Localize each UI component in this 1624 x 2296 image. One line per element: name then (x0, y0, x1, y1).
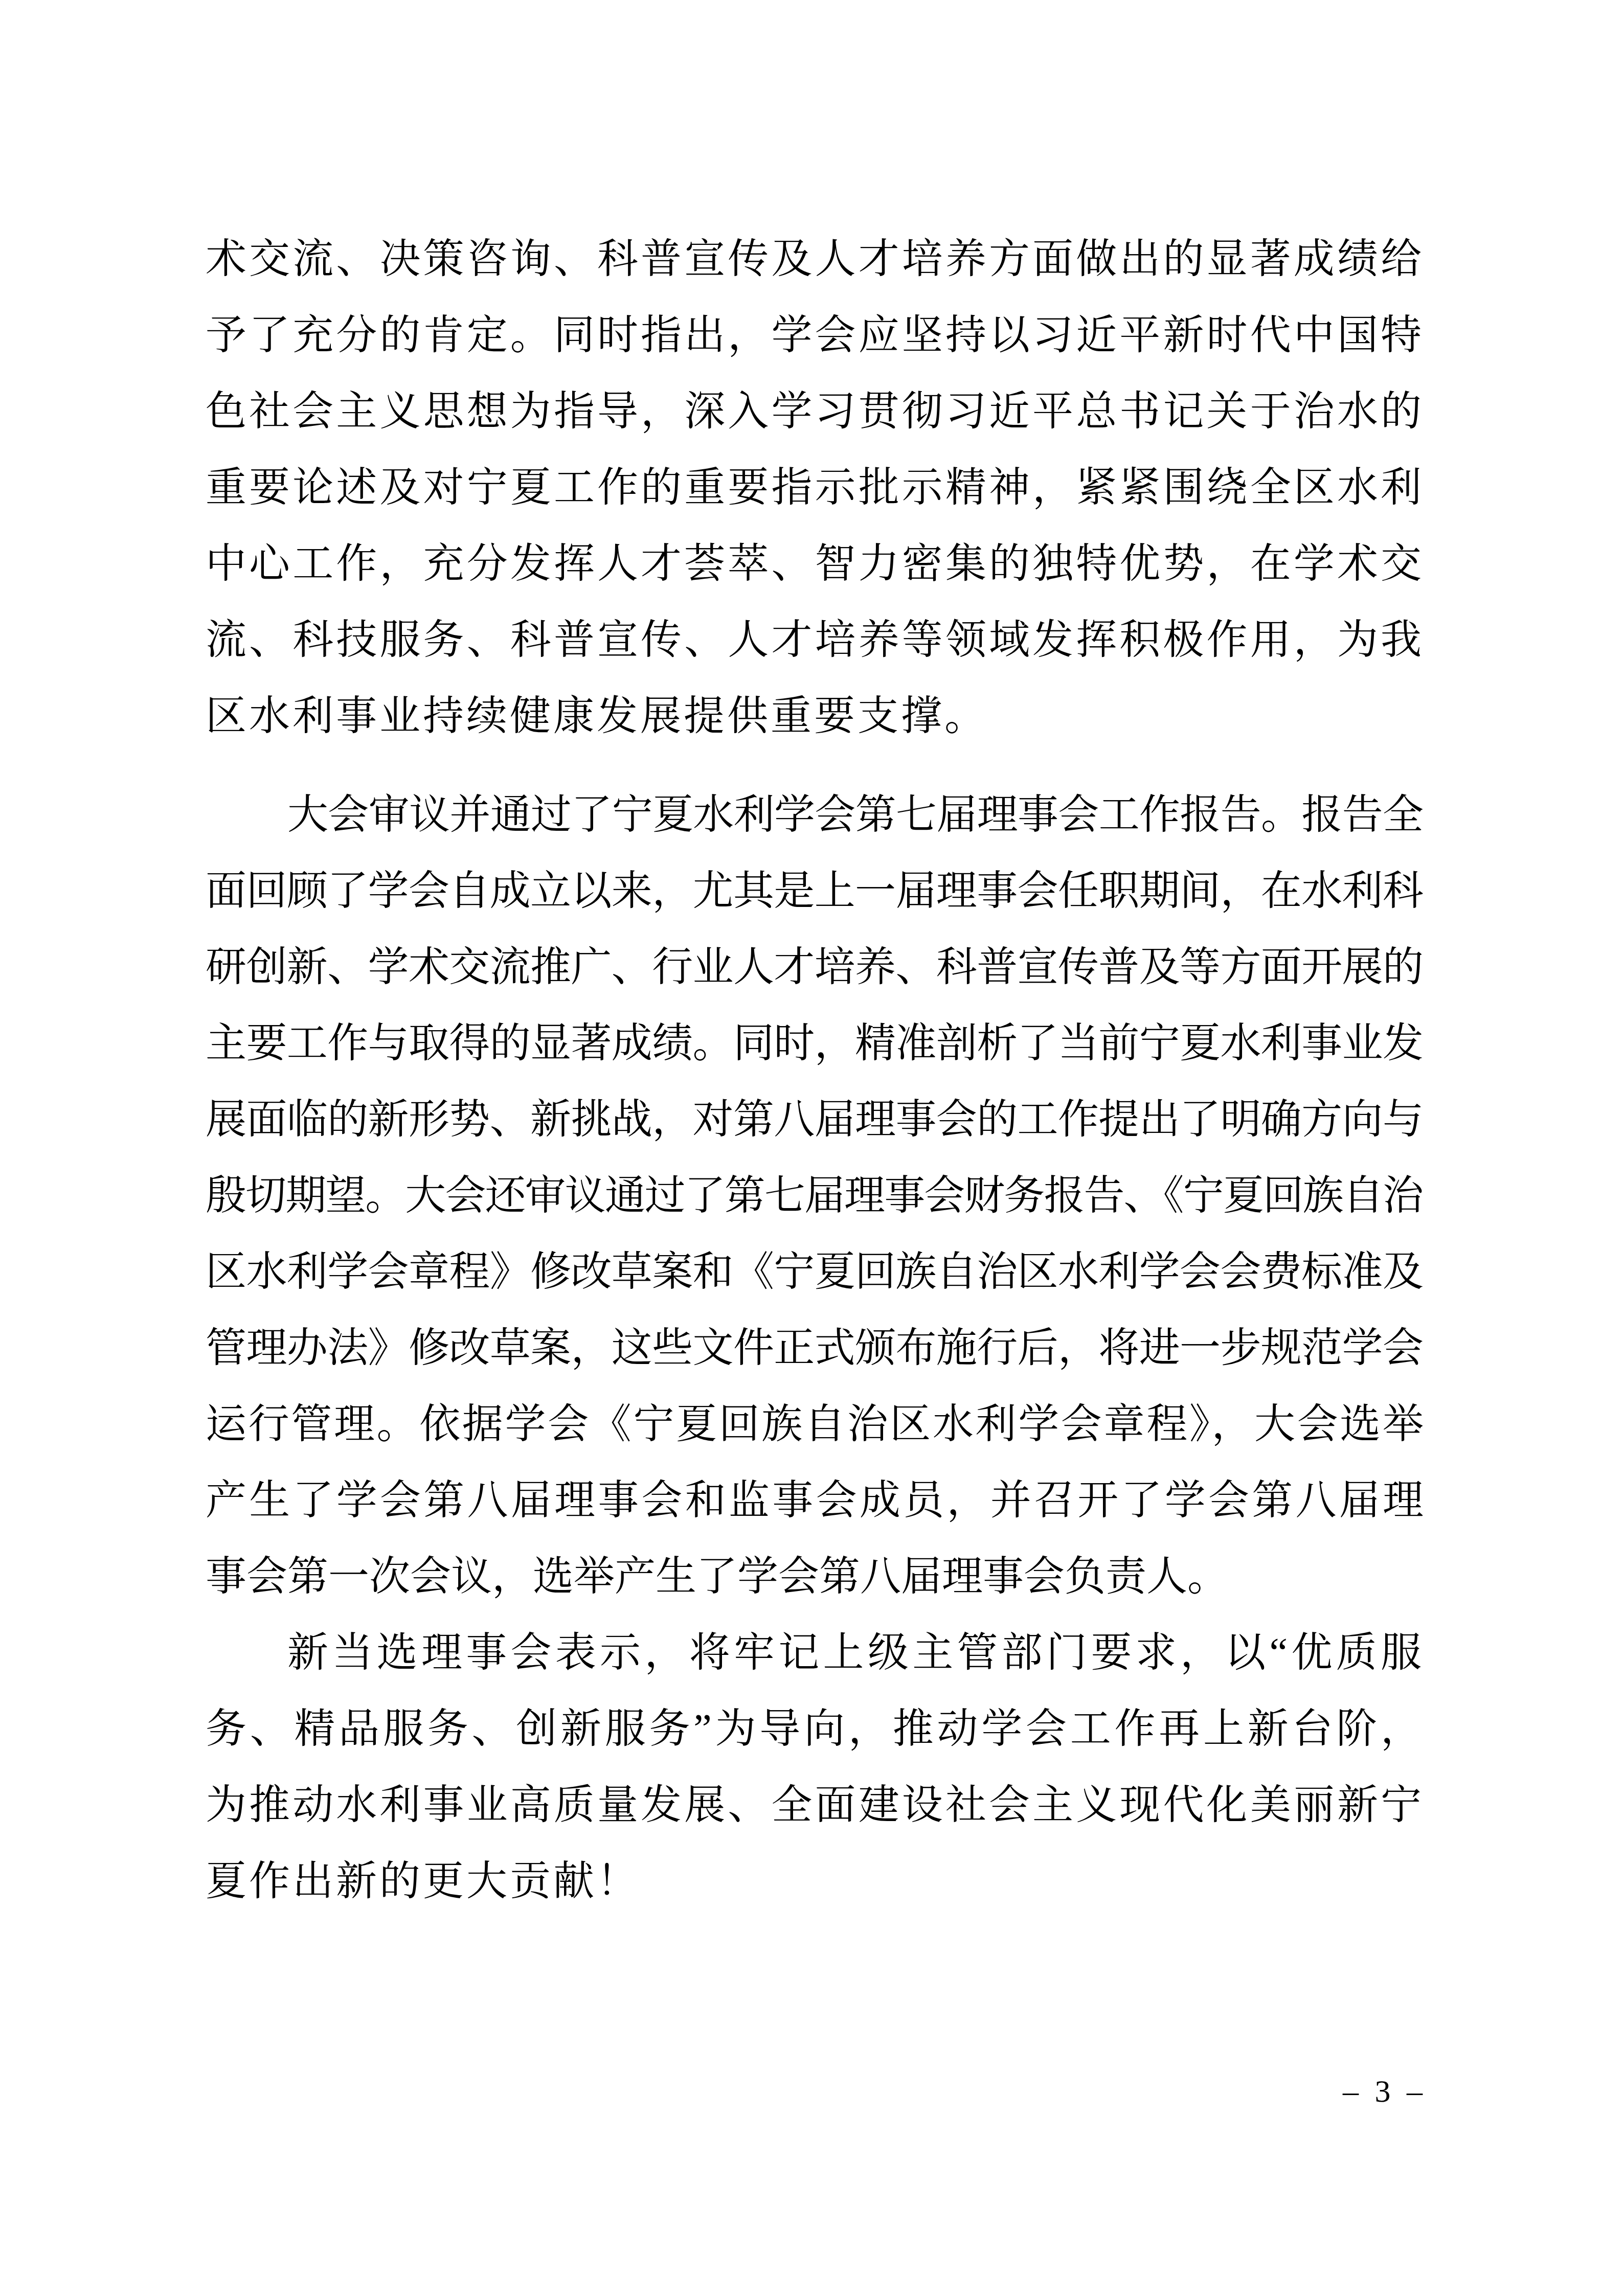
text-line: 区水利事业持续健康发展提供重要支撑。 (206, 678, 1422, 755)
text-line: 予了充分的肯定。同时指出，学会应坚持以习近平新时代中国特 (206, 298, 1422, 374)
text-line: 研创新、学术交流推广、行业人才培养、科普宣传普及等方面开展的 (206, 929, 1422, 1006)
text-line: 重要论述及对宁夏工作的重要指示批示精神，紧紧围绕全区水利 (206, 450, 1422, 526)
document-body: 术交流、决策咨询、科普宣传及人才培养方面做出的显著成绩给予了充分的肯定。同时指出… (206, 221, 1422, 1920)
text-line: 术交流、决策咨询、科普宣传及人才培养方面做出的显著成绩给 (206, 221, 1422, 298)
paragraph-2: 大会审议并通过了宁夏水利学会第七届理事会工作报告。报告全面回顾了学会自成立以来，… (206, 777, 1422, 1615)
text-line: 展面临的新形势、新挑战，对第八届理事会的工作提出了明确方向与 (206, 1082, 1422, 1158)
text-line: 产生了学会第八届理事会和监事会成员，并召开了学会第八届理 (206, 1463, 1422, 1539)
text-line: 务、精品服务、创新服务”为导向，推动学会工作再上新台阶， (206, 1691, 1422, 1767)
text-line: 殷切期望。大会还审议通过了第七届理事会财务报告、《宁夏回族自治 (206, 1158, 1422, 1234)
text-line: 事会第一次会议，选举产生了学会第八届理事会负责人。 (206, 1539, 1422, 1615)
page-number: – 3 – (1343, 2074, 1427, 2110)
text-line: 主要工作与取得的显著成绩。同时，精准剖析了当前宁夏水利事业发 (206, 1006, 1422, 1082)
text-line: 大会审议并通过了宁夏水利学会第七届理事会工作报告。报告全 (206, 777, 1422, 853)
text-line: 区水利学会章程》修改草案和《宁夏回族自治区水利学会会费标准及 (206, 1234, 1422, 1310)
text-line: 色社会主义思想为指导，深入学习贯彻习近平总书记关于治水的 (206, 374, 1422, 450)
text-line: 新当选理事会表示，将牢记上级主管部门要求，以“优质服 (206, 1615, 1422, 1691)
text-line: 管理办法》修改草案，这些文件正式颁布施行后，将进一步规范学会 (206, 1310, 1422, 1386)
paragraph-1: 术交流、决策咨询、科普宣传及人才培养方面做出的显著成绩给予了充分的肯定。同时指出… (206, 221, 1422, 755)
text-line: 夏作出新的更大贡献！ (206, 1844, 1422, 1920)
text-line: 中心工作，充分发挥人才荟萃、智力密集的独特优势，在学术交 (206, 526, 1422, 602)
paragraph-3: 新当选理事会表示，将牢记上级主管部门要求，以“优质服务、精品服务、创新服务”为导… (206, 1615, 1422, 1920)
text-line: 面回顾了学会自成立以来，尤其是上一届理事会任职期间，在水利科 (206, 853, 1422, 929)
text-line: 流、科技服务、科普宣传、人才培养等领域发挥积极作用，为我 (206, 602, 1422, 678)
text-line: 为推动水利事业高质量发展、全面建设社会主义现代化美丽新宁 (206, 1767, 1422, 1844)
document-page: 术交流、决策咨询、科普宣传及人才培养方面做出的显著成绩给予了充分的肯定。同时指出… (0, 0, 1624, 2296)
text-line: 运行管理。依据学会《宁夏回族自治区水利学会章程》，大会选举 (206, 1386, 1422, 1463)
